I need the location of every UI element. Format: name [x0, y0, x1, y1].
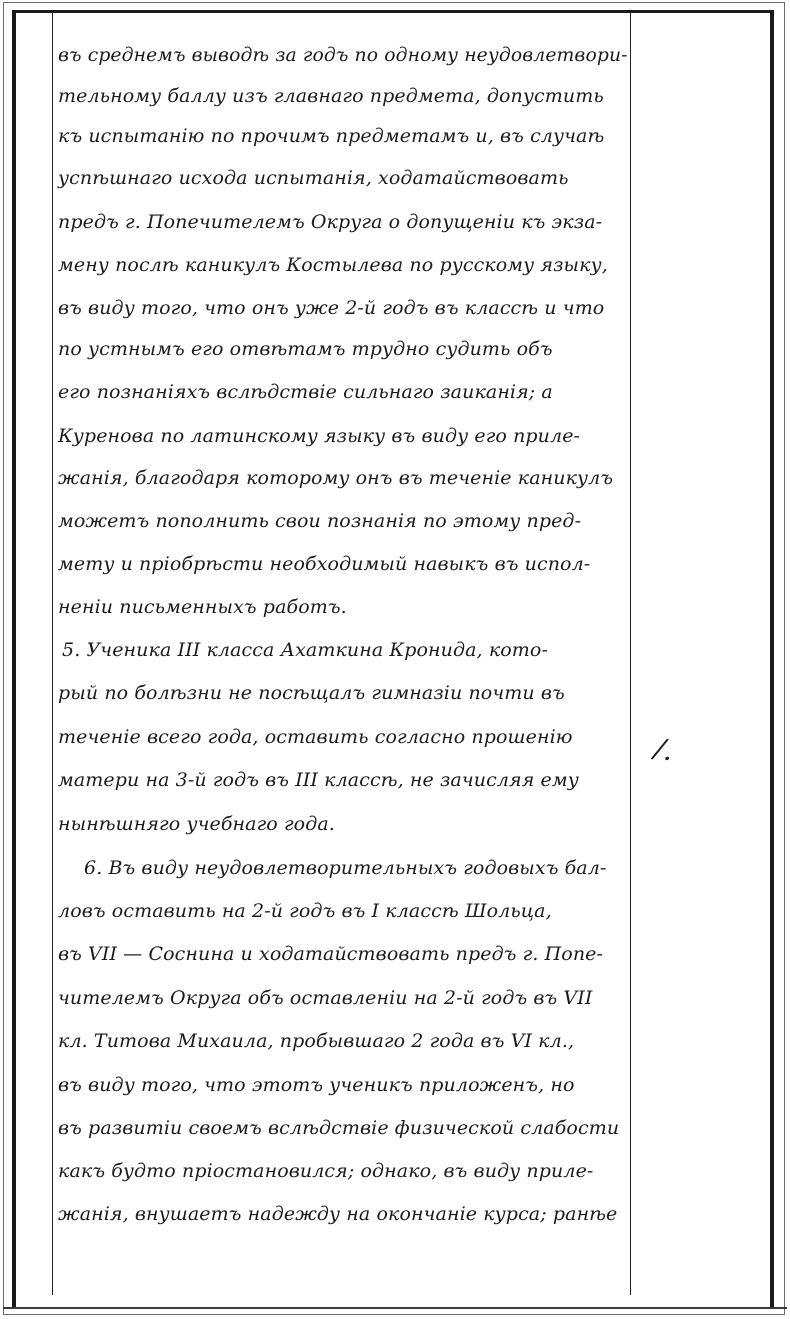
- text-line: матери на 3-й годъ въ III классѣ, не зач…: [58, 769, 579, 791]
- text-line: въ развитіи своемъ вслѣдствіе физической…: [58, 1117, 619, 1139]
- text-line: 6. Въ виду неудовлетворительныхъ годовых…: [84, 857, 606, 879]
- text-line: въ среднемъ выводѣ за годъ по одному неу…: [58, 44, 628, 66]
- text-line: тельному баллу изъ главнаго предмета, до…: [58, 85, 604, 107]
- text-line: теченіе всего года, оставить согласно пр…: [58, 726, 573, 748]
- text-line: къ испытанію по прочимъ предметамъ и, въ…: [58, 125, 604, 147]
- text-line: мену послѣ каникулъ Костылева по русском…: [58, 254, 608, 276]
- text-line: въ VII — Соснина и ходатайствовать предъ…: [58, 943, 603, 965]
- text-line: неніи письменныхъ работъ.: [58, 596, 347, 618]
- text-line: нынѣшняго учебнаго года.: [58, 813, 335, 835]
- text-line: ловъ оставить на 2-й годъ въ I классѣ Шо…: [58, 900, 552, 922]
- bottom-rule: [3, 1307, 787, 1309]
- right-margin-rule: [630, 12, 631, 1295]
- text-line: предъ г. Попечителемъ Округа о допущеніи…: [58, 211, 602, 233]
- text-line: какъ будто пріостановился; однако, въ ви…: [58, 1160, 593, 1182]
- text-line: по устнымъ его отвѣтамъ трудно судить об…: [58, 338, 553, 360]
- text-line: рый по болѣзни не посѣщалъ гимназіи почт…: [58, 682, 565, 704]
- text-line: мету и пріобрѣсти необходимый навыкъ въ …: [58, 553, 590, 575]
- text-line: 5. Ученика III класса Ахаткина Кронида, …: [62, 639, 548, 661]
- text-line: жанія, внушаетъ надежду на окончаніе кур…: [58, 1203, 617, 1225]
- text-line: можетъ пополнить свои познанія по этому …: [58, 510, 581, 532]
- left-margin-rule: [52, 12, 53, 1295]
- text-line: кл. Титова Михаила, пробывшаго 2 года въ…: [58, 1030, 574, 1052]
- text-line: Куренова по латинскому языку въ виду его…: [58, 425, 580, 447]
- text-line: чителемъ Округа объ оставленіи на 2-й го…: [58, 987, 592, 1009]
- text-line: въ виду того, что онъ уже 2-й годъ въ кл…: [58, 297, 604, 319]
- text-line: въ виду того, что этотъ ученикъ приложен…: [58, 1074, 574, 1096]
- text-line: жанія, благодаря которому онъ въ теченіе…: [58, 467, 613, 489]
- text-line: успѣшнаго исхода испытанія, ходатайствов…: [58, 167, 569, 189]
- text-line: его познаніяхъ вслѣдствіе сильнаго заика…: [58, 381, 553, 403]
